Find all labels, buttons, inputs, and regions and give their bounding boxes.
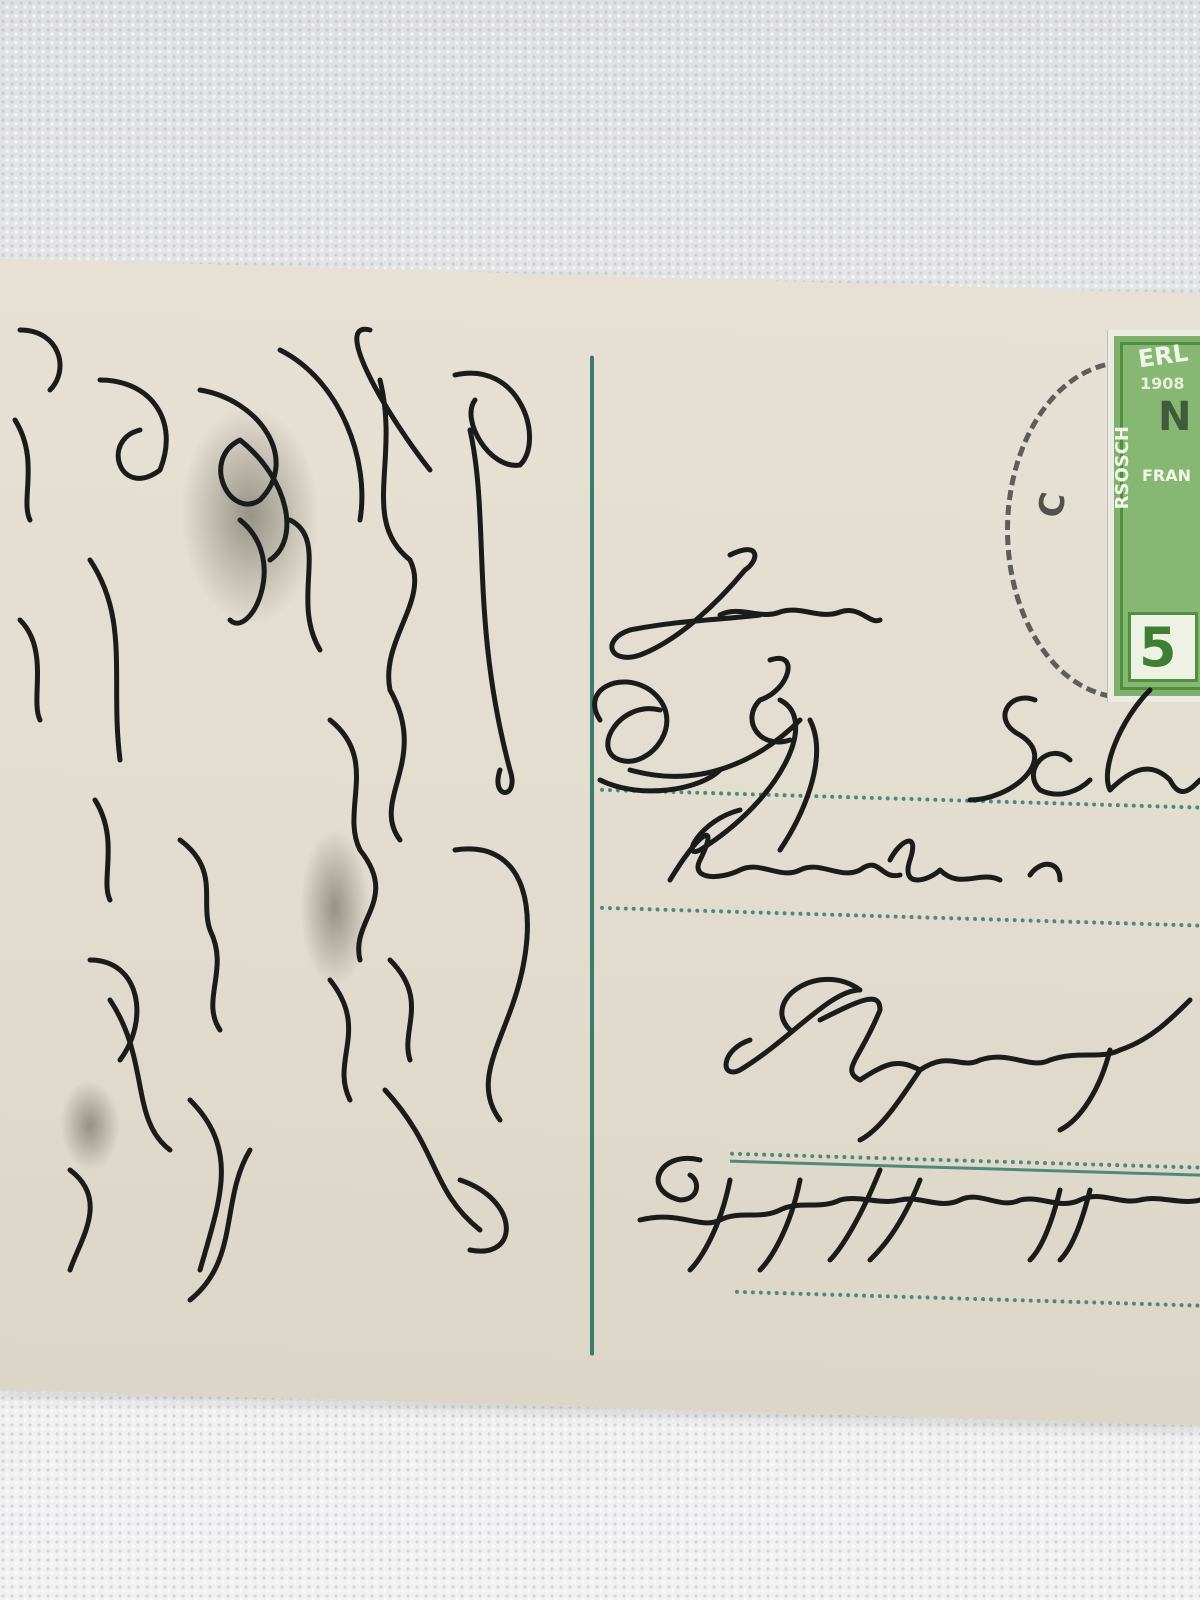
message-handwriting	[15, 329, 530, 1300]
handwriting	[0, 0, 1200, 1600]
address-handwriting	[595, 550, 1200, 1270]
